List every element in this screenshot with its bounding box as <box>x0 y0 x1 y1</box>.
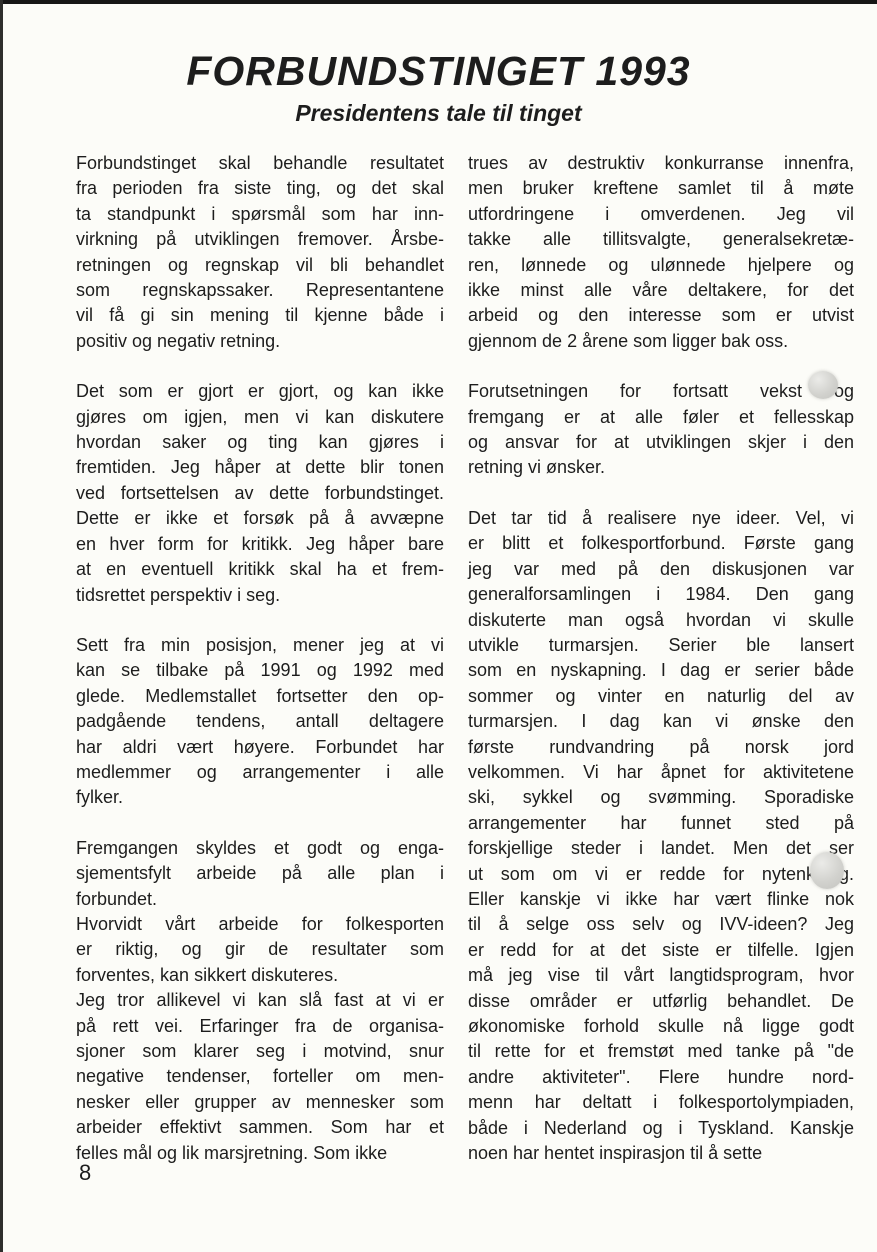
text-line: har aldri vært høyere. Forbundet har <box>76 735 444 760</box>
text-line: velkommen. Vi har åpnet for aktivitetene <box>468 760 854 785</box>
scan-edge-left <box>0 0 3 1252</box>
text-line: Forutsetningen for fortsatt vekst og <box>468 379 854 404</box>
text-line: sommer og vinter en naturlig del av <box>468 684 854 709</box>
text-line: positiv og negativ retning. <box>76 329 444 354</box>
text-line: tidsrettet perspektiv i seg. <box>76 583 444 608</box>
text-line: er riktig, og gir de resultater som <box>76 937 444 962</box>
text-line: felles mål og lik marsjretning. Som ikke <box>76 1141 444 1166</box>
text-line: en hver form for kritikk. Jeg håper bare <box>76 532 444 557</box>
paragraph: Forbundstinget skal behandle resultatetf… <box>76 151 444 354</box>
text-line: retningen og regnskap vil bli behandlet <box>76 253 444 278</box>
text-line: Dette er ikke et forsøk på å avvæpne <box>76 506 444 531</box>
text-line: virkning på utviklingen fremover. Årsbe- <box>76 227 444 252</box>
text-line: generalforsamlingen i 1984. Den gang <box>468 582 854 607</box>
paragraph: Sett fra min posisjon, mener jeg at vika… <box>76 633 444 811</box>
text-line: forventes, kan sikkert diskuteres. <box>76 963 444 988</box>
text-columns: Forbundstinget skal behandle resultatetf… <box>76 151 854 1166</box>
text-line: padgående tendens, antall deltagere <box>76 709 444 734</box>
text-line: Eller kanskje vi ikke har vært flinke no… <box>468 887 854 912</box>
paragraph: Forutsetningen for fortsatt vekst ogfrem… <box>468 379 854 481</box>
paragraph: Det tar tid å realisere nye ideer. Vel, … <box>468 506 854 1167</box>
text-line: retning vi ønsker. <box>468 455 854 480</box>
hole-punch <box>808 371 838 399</box>
text-line: fylker. <box>76 785 444 810</box>
text-line: trues av destruktiv konkurranse innenfra… <box>468 151 854 176</box>
text-line: ren, lønnede og ulønnede hjelpere og <box>468 253 854 278</box>
text-line: Sett fra min posisjon, mener jeg at vi <box>76 633 444 658</box>
text-line: vil få gi sin mening til kjenne både i <box>76 303 444 328</box>
text-line: er blitt et folkesportforbund. Første ga… <box>468 531 854 556</box>
text-line: fremtiden. Jeg håper at dette blir tonen <box>76 455 444 480</box>
text-line: ta standpunkt i spørsmål som har inn- <box>76 202 444 227</box>
text-line: Fremgangen skyldes et godt og enga- <box>76 836 444 861</box>
text-line: arbeid og den interesse som er utvist <box>468 303 854 328</box>
text-line: fra perioden fra siste ting, og det skal <box>76 176 444 201</box>
text-line: disse områder er utførlig behandlet. De <box>468 989 854 1014</box>
paragraph: Hvorvidt vårt arbeide for folkesportener… <box>76 912 444 988</box>
text-line: Forbundstinget skal behandle resultatet <box>76 151 444 176</box>
text-line: nesker eller grupper av mennesker som <box>76 1090 444 1115</box>
text-line: diskuterte man også hvordan vi skulle <box>468 608 854 633</box>
text-line: utvikle turmarsjen. Serier ble lansert <box>468 633 854 658</box>
text-line: jeg var med på den diskusjonen var <box>468 557 854 582</box>
text-line: Jeg tror allikevel vi kan slå fast at vi… <box>76 988 444 1013</box>
page-number: 8 <box>79 1160 91 1186</box>
text-line: er redd for at det siste er tilfelle. Ig… <box>468 938 854 963</box>
text-line: til rette for et fremstøt med tanke på "… <box>468 1039 854 1064</box>
text-line: Det som er gjort er gjort, og kan ikke <box>76 379 444 404</box>
scanned-document-page: FORBUNDSTINGET 1993 Presidentens tale ti… <box>0 0 877 1252</box>
text-line: som en nyskapning. I dag er serier både <box>468 658 854 683</box>
text-line: menn har deltatt i folkesportolympiaden, <box>468 1090 854 1115</box>
text-line: sjoner som klarer seg i motvind, snur <box>76 1039 444 1064</box>
text-line: turmarsjen. I dag kan vi ønske den <box>468 709 854 734</box>
text-line: medlemmer og arrangementer i alle <box>76 760 444 785</box>
text-line: første rundvandring på norsk jord <box>468 735 854 760</box>
text-line: arbeider effektivt sammen. Som har et <box>76 1115 444 1140</box>
text-line: gjøres om igjen, men vi kan diskutere <box>76 405 444 430</box>
text-line: at en eventuell kritikk skal ha et frem- <box>76 557 444 582</box>
hole-punch <box>810 852 844 889</box>
text-line: ut som om vi er redde for nytenkning. <box>468 862 854 887</box>
text-column-right: trues av destruktiv konkurranse innenfra… <box>468 151 854 1166</box>
text-line: Hvorvidt vårt arbeide for folkesporten <box>76 912 444 937</box>
scan-edge-top <box>0 0 877 4</box>
paragraph: Fremgangen skyldes et godt og enga-sjeme… <box>76 836 444 912</box>
text-line: utfordringene i omverdenen. Jeg vil <box>468 202 854 227</box>
text-line: ikke minst alle våre deltakere, for det <box>468 278 854 303</box>
text-line: på rett vei. Erfaringer fra de organisa- <box>76 1014 444 1039</box>
text-line: arrangementer har funnet sted på <box>468 811 854 836</box>
page-subtitle: Presidentens tale til tinget <box>0 100 877 127</box>
text-line: hvordan saker og ting kan gjøres i <box>76 430 444 455</box>
text-line: negative tendenser, forteller om men- <box>76 1064 444 1089</box>
text-line: som regnskapssaker. Representantene <box>76 278 444 303</box>
text-column-left: Forbundstinget skal behandle resultatetf… <box>76 151 444 1166</box>
text-line: fremgang er at alle føler et fellesskap <box>468 405 854 430</box>
text-line: både i Nederland og i Tyskland. Kanskje <box>468 1116 854 1141</box>
text-line: glede. Medlemstallet fortsetter den op- <box>76 684 444 709</box>
text-line: kan se tilbake på 1991 og 1992 med <box>76 658 444 683</box>
text-line: men bruker kreftene samlet til å møte <box>468 176 854 201</box>
paragraph: trues av destruktiv konkurranse innenfra… <box>468 151 854 354</box>
text-line: forbundet. <box>76 887 444 912</box>
text-line: andre aktiviteter". Flere hundre nord- <box>468 1065 854 1090</box>
paragraph: Det som er gjort er gjort, og kan ikkegj… <box>76 379 444 608</box>
text-line: må jeg vise til vårt langtidsprogram, hv… <box>468 963 854 988</box>
text-line: gjennom de 2 årene som ligger bak oss. <box>468 329 854 354</box>
text-line: ski, sykkel og svømming. Sporadiske <box>468 785 854 810</box>
text-line: og ansvar for at utviklingen skjer i den <box>468 430 854 455</box>
text-line: ved fortsettelsen av dette forbundstinge… <box>76 481 444 506</box>
text-line: til å selge oss selv og IVV-ideen? Jeg <box>468 912 854 937</box>
text-line: sjementsfylt arbeide på alle plan i <box>76 861 444 886</box>
text-line: økonomiske forhold skulle nå ligge godt <box>468 1014 854 1039</box>
paragraph: Jeg tror allikevel vi kan slå fast at vi… <box>76 988 444 1166</box>
text-line: Det tar tid å realisere nye ideer. Vel, … <box>468 506 854 531</box>
text-line: noen har hentet inspirasjon til å sette <box>468 1141 854 1166</box>
text-line: takke alle tillitsvalgte, generalsekretæ… <box>468 227 854 252</box>
text-line: forskjellige steder i landet. Men det se… <box>468 836 854 861</box>
page-title: FORBUNDSTINGET 1993 <box>0 48 877 95</box>
